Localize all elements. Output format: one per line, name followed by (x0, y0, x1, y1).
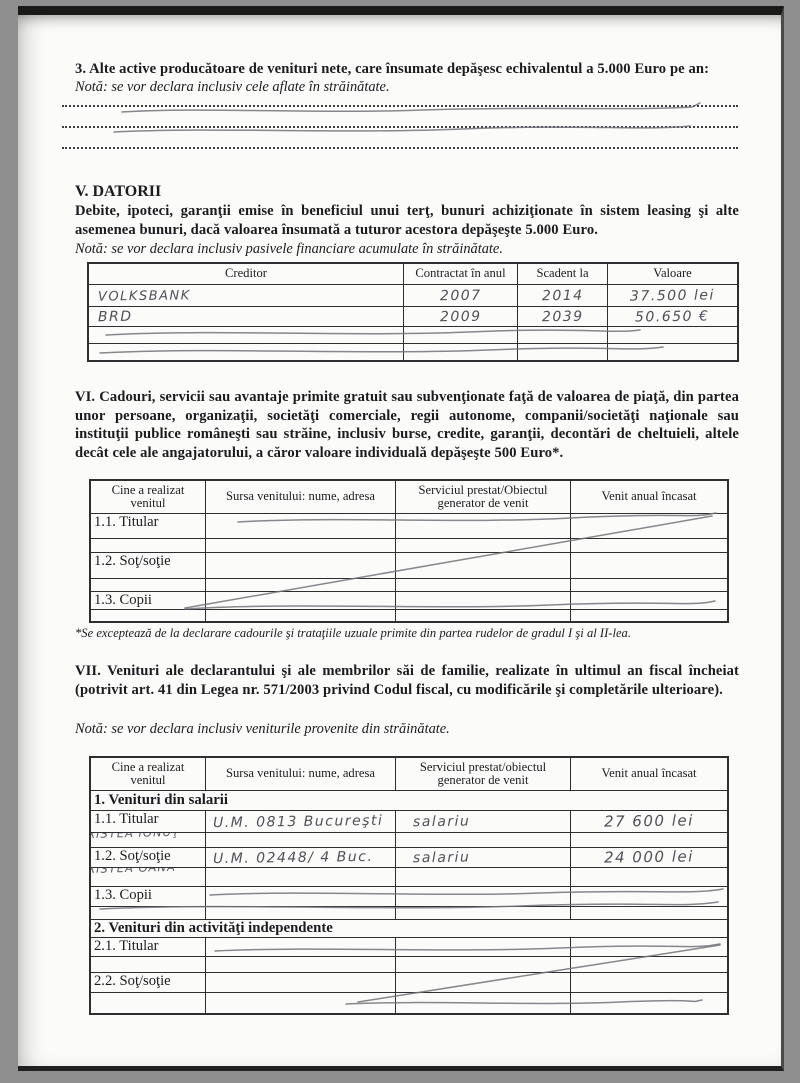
table-row: 1.1. Titular (91, 514, 728, 539)
handwritten-value: 37.500 lei (630, 287, 715, 304)
handwritten-name: CRISTEA OANA (91, 868, 177, 877)
row-label: 1.3. Copii (91, 887, 206, 907)
section-vi-body: VI. Cadouri, servicii sau avantaje primi… (75, 388, 739, 462)
cadouri-table: Cine a realizat venitul Sursa venitului:… (90, 480, 727, 622)
dotted-line (62, 86, 738, 107)
section-v-body: Debite, ipoteci, garanţii emise în benef… (75, 202, 739, 239)
table-row-empty (91, 957, 728, 973)
band-label: 1. Venituri din salarii (91, 791, 728, 811)
table-row-empty (89, 327, 738, 344)
venituri-table: Cine a realizat venitul Sursa venitului:… (90, 757, 727, 1014)
row-label: 1.3. Copii (91, 592, 206, 610)
section-v-title: V. DATORII (75, 183, 161, 201)
section-3-heading: 3. Alte active producătoare de venituri … (75, 60, 739, 79)
row-label: 1.2. Soţ/soţie (91, 553, 206, 579)
table-row: 2.1. Titular (91, 938, 728, 957)
table-row-empty (89, 344, 738, 361)
col-header-sursa: Sursa venitului: nume, adresa (206, 758, 396, 791)
col-header-serviciu: Serviciul prestat/Obiectul generator de … (396, 481, 571, 514)
section-vii-heading: VII. Venituri ale declarantului şi ale m… (75, 662, 739, 699)
handwritten-year: 2007 (440, 287, 482, 304)
table-row: BRD 2009 2039 50.650 € (89, 307, 738, 327)
handwritten-source: U.M. 02448/ 4 Buc. (209, 848, 374, 866)
scanned-document: { "s3": { "heading": "3. Alte active pro… (0, 0, 800, 1083)
row-label: 1.1. Titular (91, 811, 206, 833)
footnote: *Se exceptează de la declarare cadourile… (75, 626, 739, 641)
table-row: 1.2. Soţ/soţie U.M. 02448/ 4 Buc. salari… (91, 848, 728, 868)
dotted-line (62, 128, 738, 149)
col-header-creditor: Creditor (89, 264, 404, 285)
band-label: 2. Venituri din activităţi independente (91, 920, 728, 938)
dotted-line (62, 107, 738, 128)
section-vii-note: Notă: se vor declara inclusiv veniturile… (75, 721, 739, 738)
section-v-note: Notă: se vor declara inclusiv pasivele f… (75, 241, 739, 258)
row-label: 2.1. Titular (91, 938, 206, 957)
col-header-venit: Venit anual încasat (571, 481, 728, 514)
table-row-empty (91, 539, 728, 553)
table-row: 1.3. Copii (91, 887, 728, 907)
table-row-empty: CRISTEA IONUŢ (91, 833, 728, 848)
handwritten-creditor: VOLKSBANK (92, 288, 191, 304)
handwritten-income: 24 000 lei (604, 848, 694, 867)
sheet: 3. Alte active producătoare de venituri … (18, 15, 781, 1066)
table-row-empty: CRISTEA OANA (91, 868, 728, 887)
dotted-answer-lines (62, 86, 738, 149)
table-row: 1.3. Copii (91, 592, 728, 610)
handwritten-income: 27 600 lei (604, 811, 694, 830)
col-header-venit: Venit anual încasat (571, 758, 728, 791)
table-row: 2.2. Soţ/soţie (91, 973, 728, 993)
row-label: 1.1. Titular (91, 514, 206, 539)
table-row: VOLKSBANK 2007 2014 37.500 lei (89, 285, 738, 307)
col-header-cine: Cine a realizat venitul (91, 758, 206, 791)
handwritten-year: 2009 (440, 308, 482, 325)
col-header-sursa: Sursa venitului: nume, adresa (206, 481, 396, 514)
row-label: 2.2. Soţ/soţie (91, 973, 206, 993)
handwritten-service: salariu (399, 849, 471, 866)
table-row-empty (91, 993, 728, 1014)
col-header-scadent: Scadent la (518, 264, 608, 285)
col-header-serviciu: Serviciul prestat/obiectul generator de … (396, 758, 571, 791)
table-row-empty (91, 907, 728, 920)
document-page: 3. Alte active producătoare de venituri … (18, 6, 784, 1071)
col-header-cine: Cine a realizat venitul (91, 481, 206, 514)
handwritten-value: 50.650 € (635, 308, 710, 325)
handwritten-service: salariu (399, 813, 471, 830)
table-row-empty (91, 579, 728, 592)
handwritten-source: U.M. 0813 Bucureşti (209, 812, 384, 830)
handwritten-year: 2039 (542, 308, 584, 325)
handwritten-creditor: BRD (92, 308, 133, 325)
row-label: 1.2. Soţ/soţie (91, 848, 206, 868)
handwritten-name: CRISTEA IONUŢ (91, 833, 181, 842)
col-header-valoare: Valoare (608, 264, 738, 285)
datorii-table: Creditor Contractat în anul Scadent la V… (88, 263, 737, 361)
table-row: 1.1. Titular U.M. 0813 Bucureşti salariu… (91, 811, 728, 833)
band-row: 1. Venituri din salarii (91, 791, 728, 811)
table-row-empty (91, 610, 728, 622)
table-row: 1.2. Soţ/soţie (91, 553, 728, 579)
handwritten-year: 2014 (542, 287, 584, 304)
band-row: 2. Venituri din activităţi independente (91, 920, 728, 938)
col-header-contractat: Contractat în anul (404, 264, 518, 285)
